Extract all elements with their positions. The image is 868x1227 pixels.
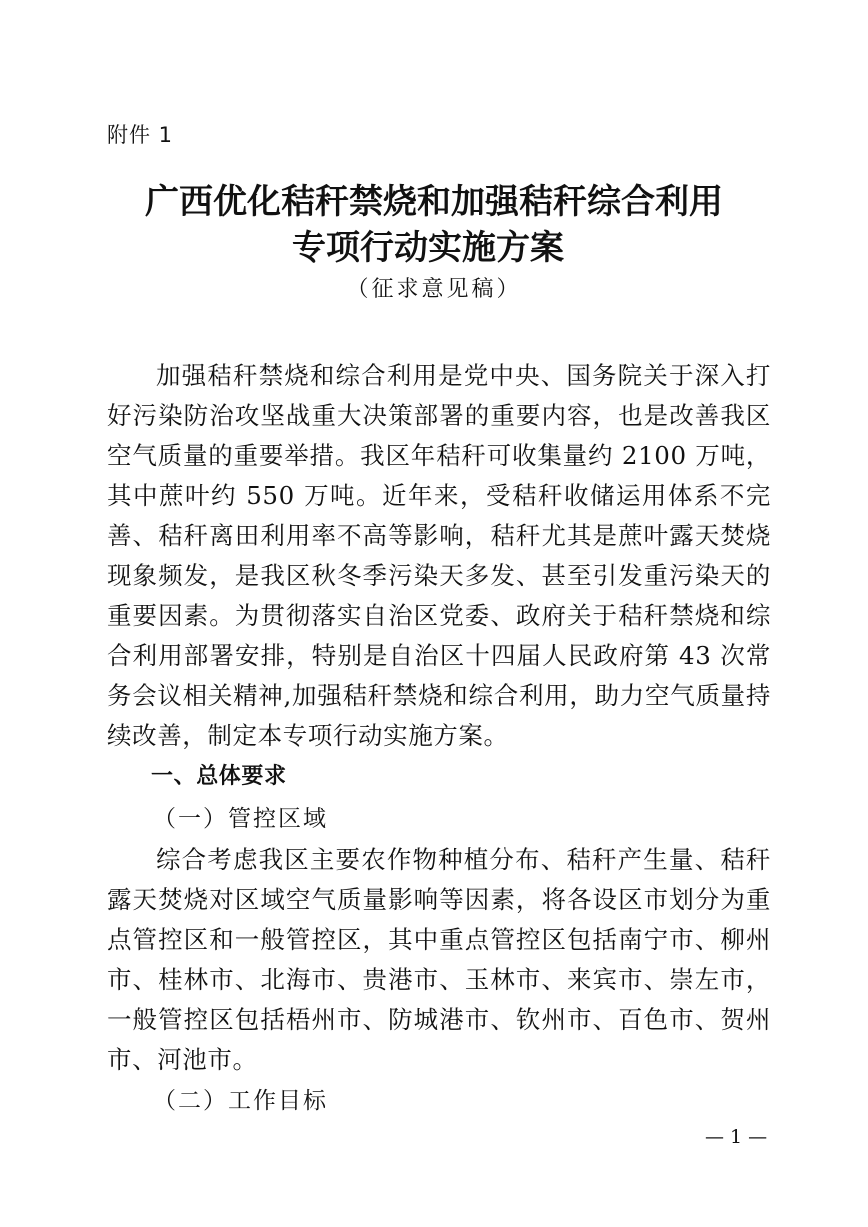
control-areas-paragraph: 综合考虑我区主要农作物种植分布、秸秆产生量、秸秆露天焚烧对区域空气质量影响等因素… [107, 840, 771, 1080]
page-number: — 1 — [705, 1126, 767, 1148]
document-title-line-1: 广西优化秸秆禁烧和加强秸秆综合利用 [0, 174, 868, 223]
attachment-label: 附件 1 [107, 119, 173, 149]
document-title-line-2: 专项行动实施方案 [0, 220, 862, 269]
document-body: 加强秸秆禁烧和综合利用是党中央、国务院关于深入打好污染防治攻坚战重大决策部署的重… [107, 356, 771, 1122]
section-heading-general-requirements: 一、总体要求 [107, 756, 771, 798]
subsection-heading-work-goals: （二）工作目标 [107, 1080, 771, 1122]
subsection-heading-control-areas: （一）管控区域 [107, 798, 771, 840]
document-page: 附件 1 广西优化秸秆禁烧和加强秸秆综合利用 专项行动实施方案 （征求意见稿） … [0, 0, 868, 1227]
intro-paragraph: 加强秸秆禁烧和综合利用是党中央、国务院关于深入打好污染防治攻坚战重大决策部署的重… [107, 356, 771, 756]
document-subtitle: （征求意见稿） [0, 272, 868, 303]
